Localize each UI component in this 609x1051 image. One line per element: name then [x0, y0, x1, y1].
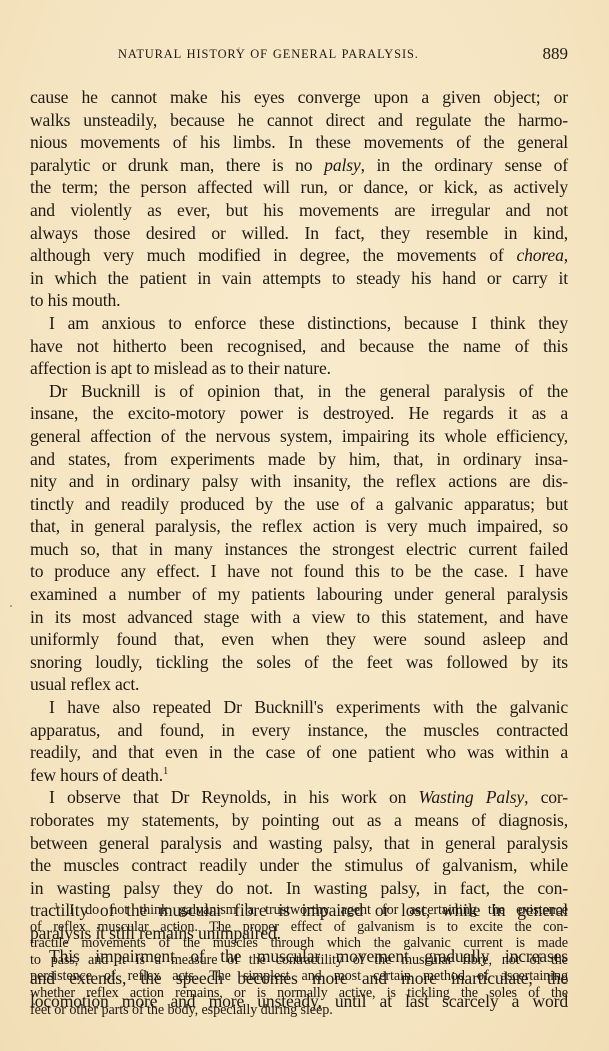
text-line: between general paralysis and wasting pa…	[30, 832, 568, 855]
text-line: tinctly and readily produced by the use …	[30, 493, 568, 516]
paper-speck	[424, 272, 426, 274]
running-head: NATURAL HISTORY OF GENERAL PARALYSIS. 88…	[30, 47, 568, 67]
footnote-line: 1 I do not think galvanism a trustworthy…	[30, 902, 568, 919]
text-line: general affection of the nervous system,…	[30, 425, 568, 448]
text-segment: , cor-	[524, 787, 568, 807]
text-line: although very much modified in degree, t…	[30, 244, 568, 267]
text-line: nity and in ordinary palsy with insanity…	[30, 470, 568, 493]
text-line: the muscles contract readily under the s…	[30, 854, 568, 877]
text-line: much so, that in many instances the stro…	[30, 538, 568, 561]
text-line: have not hitherto been recognised, and b…	[30, 335, 568, 358]
footnote-line: persistence of reflex acts. The simplest…	[30, 968, 568, 985]
text-segment: few hours of death.	[30, 765, 163, 785]
footnote-reference[interactable]: 1	[163, 766, 168, 777]
text-line: in which the patient in vain attempts to…	[30, 267, 568, 290]
page-number: 889	[543, 44, 569, 64]
text-line: snoring loudly, tickling the soles of th…	[30, 651, 568, 674]
footnote-line: to pass, and it is a measure of the cont…	[30, 952, 568, 969]
text-line: and violently as ever, but his movements…	[30, 199, 568, 222]
text-line: and states, from experiments made by him…	[30, 448, 568, 471]
text-line: paralytic or drunk man, there is no pals…	[30, 154, 568, 177]
text-line: readily, and that even in the case of on…	[30, 741, 568, 764]
text-line: to produce any effect. I have not found …	[30, 560, 568, 583]
text-line: examined a number of my patients labouri…	[30, 583, 568, 606]
footnote-line: whether reflex action remains, or is nor…	[30, 985, 568, 1002]
text-segment: I observe that Dr Reynolds, in his work …	[49, 787, 419, 807]
text-line: affection is apt to mislead as to their …	[30, 357, 568, 380]
text-line: apparatus, and found, in every instance,…	[30, 719, 568, 742]
italic-term-chorea: chorea	[516, 245, 563, 265]
text-segment: , in the ordinary sense of	[361, 155, 568, 175]
paragraph-start: I observe that Dr Reynolds, in his work …	[30, 786, 568, 809]
text-line: to his mouth.	[30, 289, 568, 312]
footnote-line: feet or other parts of the body, especia…	[30, 1002, 568, 1019]
text-segment: paralytic or drunk man, there is no	[30, 155, 324, 175]
text-segment: although very much modified in degree, t…	[30, 245, 516, 265]
text-line: insane, the excito-motory power is destr…	[30, 402, 568, 425]
text-line: roborates my statements, by pointing out…	[30, 809, 568, 832]
text-line: in its most advanced stage with a view t…	[30, 606, 568, 629]
text-line: always those desired or willed. In fact,…	[30, 222, 568, 245]
text-line: that, in general paralysis, the reflex a…	[30, 515, 568, 538]
text-line: usual reflex act.	[30, 673, 568, 696]
footnote-marker: 1	[54, 900, 58, 910]
text-line: walks unsteadily, because he cannot dire…	[30, 109, 568, 132]
paper-speck	[10, 605, 12, 607]
running-title: NATURAL HISTORY OF GENERAL PARALYSIS.	[118, 47, 419, 62]
italic-title-wasting-palsy: Wasting Palsy	[419, 787, 525, 807]
text-line: cause he cannot make his eyes converge u…	[30, 86, 568, 109]
text-segment: ,	[564, 245, 568, 265]
text-line: the term; the person affected will run, …	[30, 176, 568, 199]
paragraph-start: Dr Bucknill is of opinion that, in the g…	[30, 380, 568, 403]
paragraph-start: I am anxious to enforce these distinctio…	[30, 312, 568, 335]
footnote-line: of reflex muscular action. The proper ef…	[30, 919, 568, 936]
text-line: few hours of death.1	[30, 764, 568, 787]
text-line: uniformly found that, even when they wer…	[30, 628, 568, 651]
footnote-line: tractile movements of the muscles throug…	[30, 935, 568, 952]
text-line: in wasting palsy they do not. In wasting…	[30, 877, 568, 900]
text-line: nious movements of his limbs. In these m…	[30, 131, 568, 154]
footnotes: 1 I do not think galvanism a trustworthy…	[30, 902, 568, 1018]
body-text: cause he cannot make his eyes converge u…	[30, 86, 568, 1012]
text-segment: I do not think galvanism a trustworthy a…	[69, 902, 568, 918]
italic-term-palsy: palsy	[324, 155, 360, 175]
paragraph-start: I have also repeated Dr Bucknill's exper…	[30, 696, 568, 719]
paper-speck	[238, 47, 240, 49]
